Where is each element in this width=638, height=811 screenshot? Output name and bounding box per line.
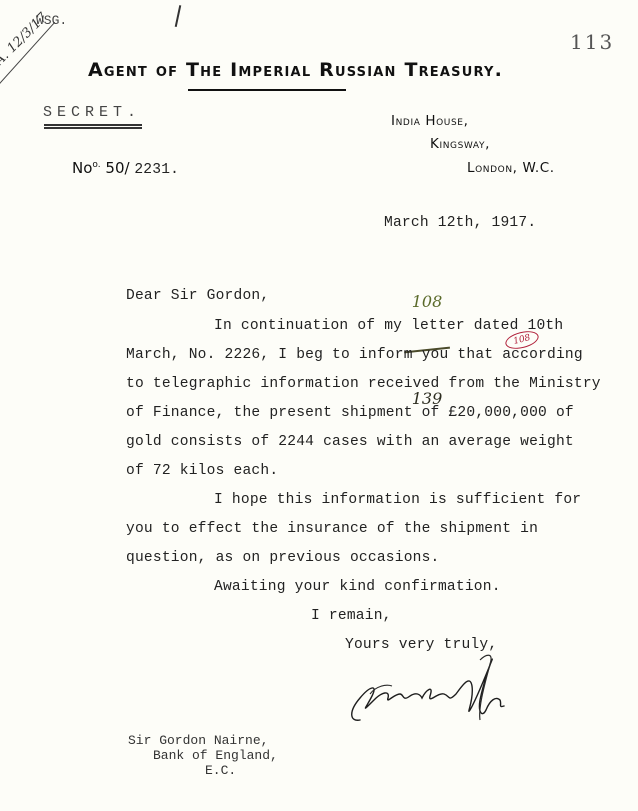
folio-top: 108 bbox=[402, 292, 452, 311]
reference-number: Noo. 50/ 2231. bbox=[72, 159, 179, 178]
recipient-name: Sir Gordon Nairne, bbox=[128, 733, 268, 748]
body-line: of Finance, the present shipment of £20,… bbox=[126, 405, 574, 421]
letterhead-title: Agent of The Imperial Russian Treasury. bbox=[88, 59, 503, 81]
address-line-3: London, W.C. bbox=[467, 160, 555, 176]
letter-date: March 12th, 1917. bbox=[384, 215, 536, 231]
body-line: to telegraphic information received from… bbox=[126, 376, 601, 392]
reference-prefix-sup: o. bbox=[92, 160, 100, 170]
marginal-date-annotation: A. 12/3/17 bbox=[0, 10, 51, 69]
classification-underline bbox=[44, 124, 142, 126]
address-line-2: Kingsway, bbox=[430, 136, 490, 152]
pencil-tick-mark bbox=[175, 5, 181, 27]
body-line: question, as on previous occasions. bbox=[126, 550, 440, 566]
reference-prefix: No bbox=[72, 159, 92, 177]
classification-label: SECRET. bbox=[43, 104, 141, 121]
recipient-district: E.C. bbox=[205, 763, 236, 778]
page-number: 113 bbox=[570, 30, 614, 54]
address-line-1: India House, bbox=[391, 113, 468, 129]
reference-number-typed: 2231. bbox=[134, 162, 179, 178]
body-line: of 72 kilos each. bbox=[126, 463, 278, 479]
letter-page: WSG. 113 A. 12/3/17 Agent of The Imperia… bbox=[0, 0, 638, 811]
body-line: I hope this information is sufficient fo… bbox=[214, 492, 581, 508]
letterhead-underline bbox=[188, 89, 346, 91]
recipient-institution: Bank of England, bbox=[153, 748, 278, 763]
signature bbox=[330, 650, 530, 730]
body-line: March, No. 2226, I beg to inform you tha… bbox=[126, 347, 583, 363]
reference-number-printed: 50/ bbox=[105, 159, 129, 177]
salutation: Dear Sir Gordon, bbox=[126, 288, 269, 304]
classification-underline-2 bbox=[44, 127, 142, 129]
body-line: you to effect the insurance of the shipm… bbox=[126, 521, 538, 537]
body-line: In continuation of my letter dated 10th bbox=[214, 318, 563, 334]
body-line: gold consists of 2244 cases with an aver… bbox=[126, 434, 574, 450]
body-line: Awaiting your kind confirmation. bbox=[214, 579, 501, 595]
closing-remain: I remain, bbox=[311, 608, 392, 624]
